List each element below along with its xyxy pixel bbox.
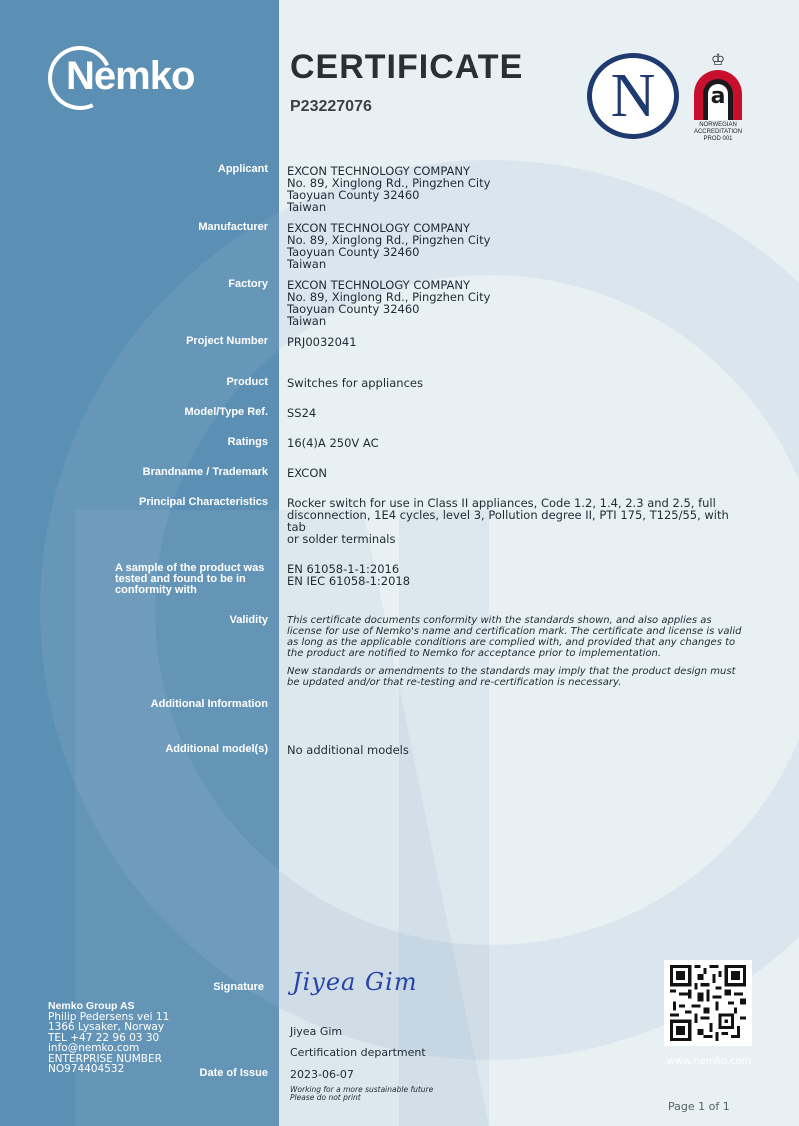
accreditation-arch-icon: a [694,70,742,120]
n-mark-letter: N [611,61,656,132]
address-line: Taiwan [287,315,747,327]
accreditation-text: NORWEGIAN ACCREDITATION PROD 001 [690,122,746,143]
address-line: Taiwan [287,258,747,270]
principal-characteristics-label: Principal Characteristics [139,497,268,508]
applicant-value: EXCON TECHNOLOGY COMPANY No. 89, Xinglon… [287,165,747,213]
project-number-value: PRJ0032041 [287,336,747,348]
accreditation-line: NORWEGIAN [690,122,746,129]
validity-text: This certificate documents conformity wi… [287,615,747,695]
ratings-label: Ratings [228,437,268,448]
certificate-number: P23227076 [290,98,372,116]
model-label: Model/Type Ref. [184,407,268,418]
nemko-n-mark-icon: N [587,53,679,139]
qr-code[interactable] [664,960,752,1046]
ratings-value: 16(4)A 250V AC [287,437,747,449]
company-line: info@nemko.com [48,1043,169,1054]
website-link[interactable]: www.nemko.com [664,1056,754,1067]
qr-code-icon [669,965,747,1041]
address-line: Taoyuan County 32460 [287,189,747,201]
signer-name: Jiyea Gim [290,1025,342,1038]
product-label: Product [226,377,268,388]
brand-label: Brandname / Trademark [143,467,268,478]
validity-paragraph: New standards or amendments to the stand… [287,666,747,688]
principal-characteristics-value: Rocker switch for use in Class II applia… [287,497,747,545]
manufacturer-label: Manufacturer [198,222,268,233]
footnote-line: Please do not print [290,1094,433,1102]
company-info: Nemko Group AS Philip Pedersens vei 11 1… [48,1001,169,1075]
factory-value: EXCON TECHNOLOGY COMPANY No. 89, Xinglon… [287,279,747,327]
accreditation-line: ACCREDITATION [690,129,746,136]
model-value: SS24 [287,407,747,419]
footnote: Working for a more sustainable future Pl… [290,1086,433,1102]
standard-line: EN IEC 61058-1:2018 [287,575,747,587]
validity-paragraph: This certificate documents conformity wi… [287,615,747,659]
validity-label: Validity [229,615,268,626]
page-indicator: Page 1 of 1 [668,1100,730,1113]
accreditation-letter: a [694,84,742,109]
brand-value: EXCON [287,467,747,479]
characteristics-line: disconnection, 1E4 cycles, level 3, Poll… [287,509,747,533]
company-line: 1366 Lysaker, Norway [48,1022,169,1033]
accreditation-logo: ♔ a NORWEGIAN ACCREDITATION PROD 001 [690,52,746,143]
additional-models-value: No additional models [287,744,747,756]
conformity-label-line: conformity with [115,585,264,596]
additional-models-label: Additional model(s) [165,744,268,755]
signer-department: Certification department [290,1046,426,1059]
signature-label: Signature [213,982,264,993]
crown-icon: ♔ [690,52,746,68]
address-line: Taoyuan County 32460 [287,303,747,315]
product-value: Switches for appliances [287,377,747,389]
nemko-logo: Nemko [48,46,112,110]
certificate-title: CERTIFICATE [290,48,523,87]
conformity-standards: EN 61058-1-1:2016 EN IEC 61058-1:2018 [287,563,747,587]
signature-image: Jiyea Gim [292,968,418,996]
watermark-n-bar [399,510,489,1126]
applicant-label: Applicant [218,164,268,175]
additional-info-label: Additional Information [151,699,268,710]
project-number-label: Project Number [186,336,268,347]
date-of-issue-label: Date of Issue [200,1068,268,1079]
company-name: Nemko Group AS [48,1001,169,1012]
conformity-label: A sample of the product was tested and f… [115,563,264,596]
address-line: Taiwan [287,201,747,213]
accreditation-line: PROD 001 [690,136,746,143]
address-line: Taoyuan County 32460 [287,246,747,258]
characteristics-line: or solder terminals [287,533,747,545]
company-line: NO974404532 [48,1064,169,1075]
factory-label: Factory [228,279,268,290]
logo-text: Nemko [66,54,194,99]
manufacturer-value: EXCON TECHNOLOGY COMPANY No. 89, Xinglon… [287,222,747,270]
date-of-issue: 2023-06-07 [290,1068,354,1081]
